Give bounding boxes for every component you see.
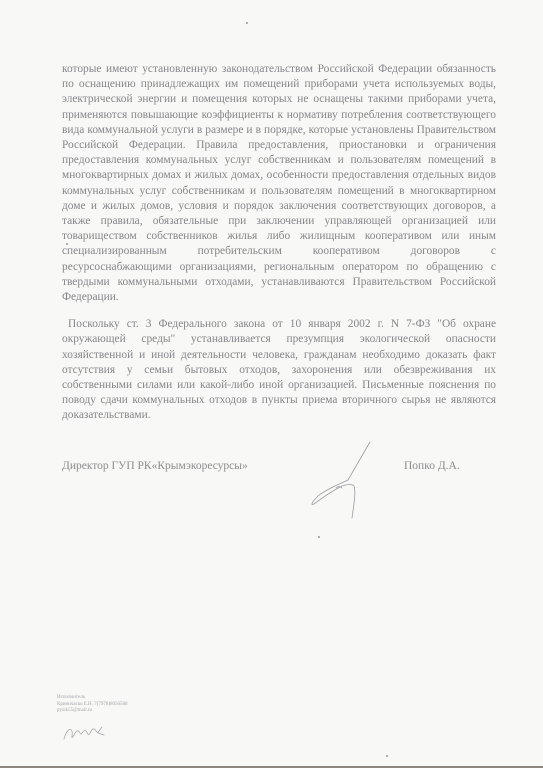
letter-body: которые имеют установленную законодатель… [62,62,496,424]
scan-speck [318,536,320,538]
handwritten-signature-icon [300,440,380,550]
scan-speck [386,755,388,757]
scan-speck [246,22,248,24]
signatory-title: Директор ГУП РК«Крымэкоресурсы» [62,460,248,472]
scanned-page: которые имеют установленную законодатель… [0,0,543,768]
signatory-name: Попко Д.А. [404,460,460,472]
paragraph-2: Поскольку ст. 3 Федерального закона от 1… [62,317,496,423]
executor-email: pyzik55@mail.ru [57,708,128,715]
paragraph-1: которые имеют установленную законодатель… [62,62,496,305]
scan-speck [66,243,68,245]
executor-signature-icon [60,723,110,745]
executor-footer: Исполнитель Криничаско Е.Н. 7(7978)80565… [57,695,128,715]
